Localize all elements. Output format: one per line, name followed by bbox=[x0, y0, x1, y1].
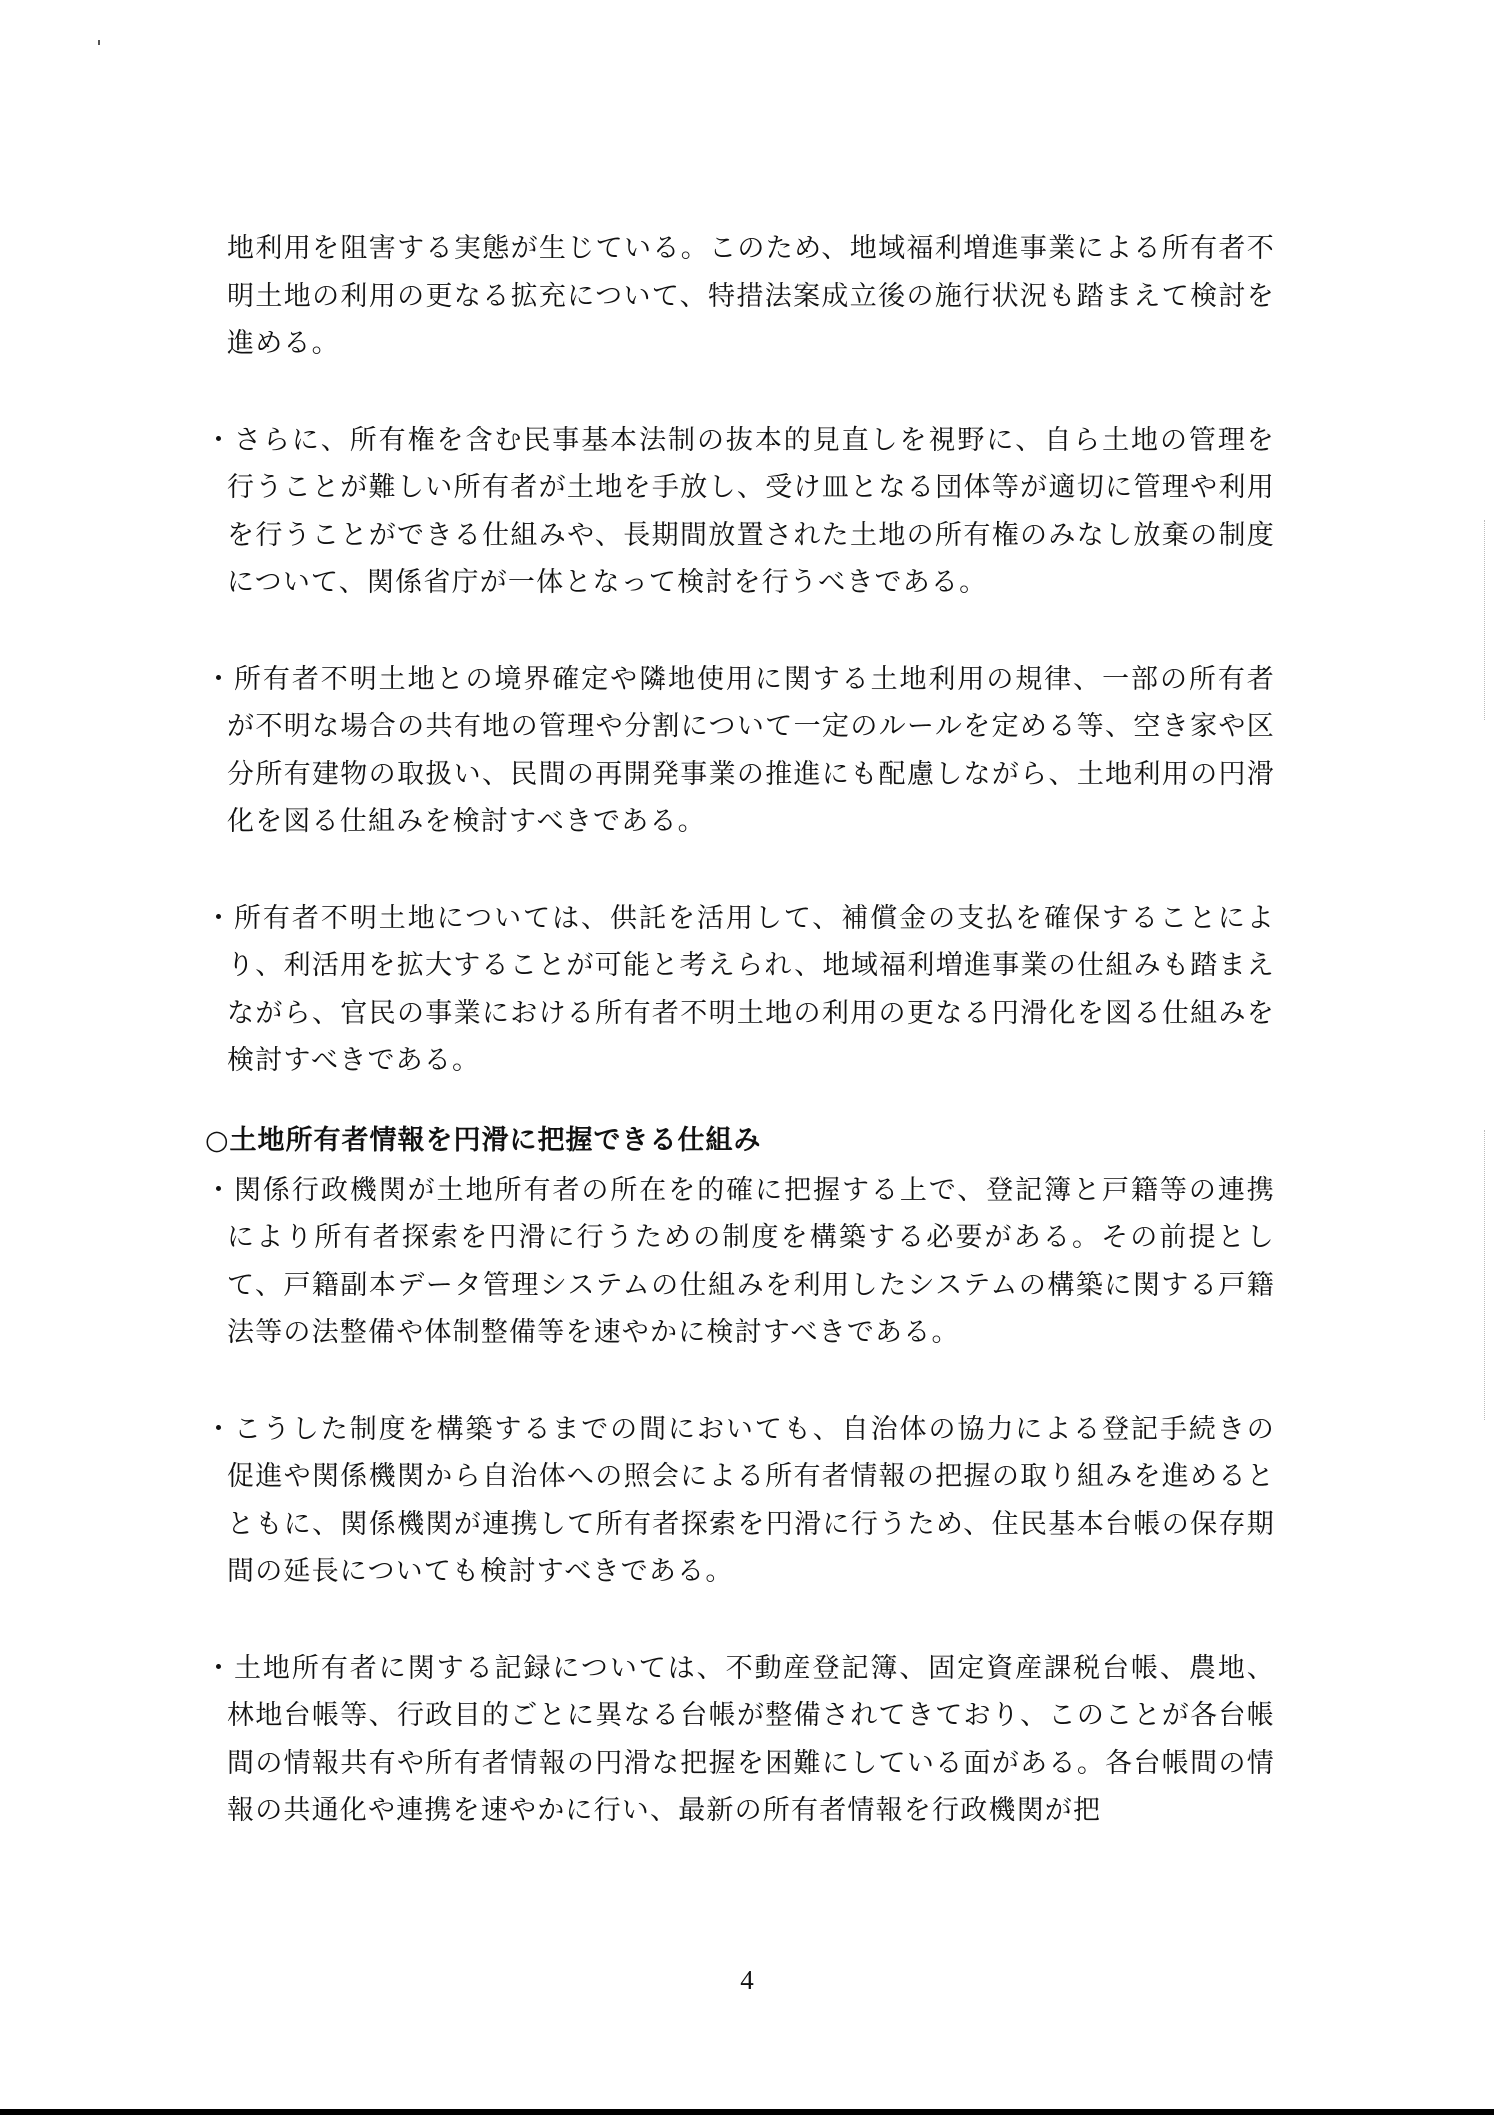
page-number: 4 bbox=[0, 1965, 1494, 1996]
bullet-paragraph: ・所有者不明土地については、供託を活用して、補償金の支払を確保することにより、利… bbox=[205, 895, 1275, 1085]
bullet-paragraph: ・こうした制度を構築するまでの間においても、自治体の協力による登記手続きの促進や… bbox=[205, 1406, 1275, 1596]
document-page: 地利用を阻害する実態が生じている。このため、地域福利増進事業による所有者不明土地… bbox=[0, 0, 1494, 2115]
bullet-paragraph: ・さらに、所有権を含む民事基本法制の抜本的見直しを視野に、自ら土地の管理を行うこ… bbox=[205, 417, 1275, 607]
scan-artifact bbox=[1484, 520, 1486, 720]
document-body: 地利用を阻害する実態が生じている。このため、地域福利増進事業による所有者不明土地… bbox=[205, 225, 1275, 1835]
section-heading: ○土地所有者情報を円滑に把握できる仕組み bbox=[205, 1119, 1275, 1163]
scan-edge-bar bbox=[0, 2109, 1494, 2115]
scan-artifact bbox=[98, 40, 100, 45]
bullet-paragraph: ・所有者不明土地との境界確定や隣地使用に関する土地利用の規律、一部の所有者が不明… bbox=[205, 656, 1275, 846]
bullet-paragraph: ・土地所有者に関する記録については、不動産登記簿、固定資産課税台帳、農地、林地台… bbox=[205, 1645, 1275, 1835]
bullet-paragraph: ・関係行政機関が土地所有者の所在を的確に把握する上で、登記簿と戸籍等の連携により… bbox=[205, 1167, 1275, 1357]
scan-artifact bbox=[1484, 1130, 1486, 1420]
continuation-paragraph: 地利用を阻害する実態が生じている。このため、地域福利増進事業による所有者不明土地… bbox=[205, 225, 1275, 368]
